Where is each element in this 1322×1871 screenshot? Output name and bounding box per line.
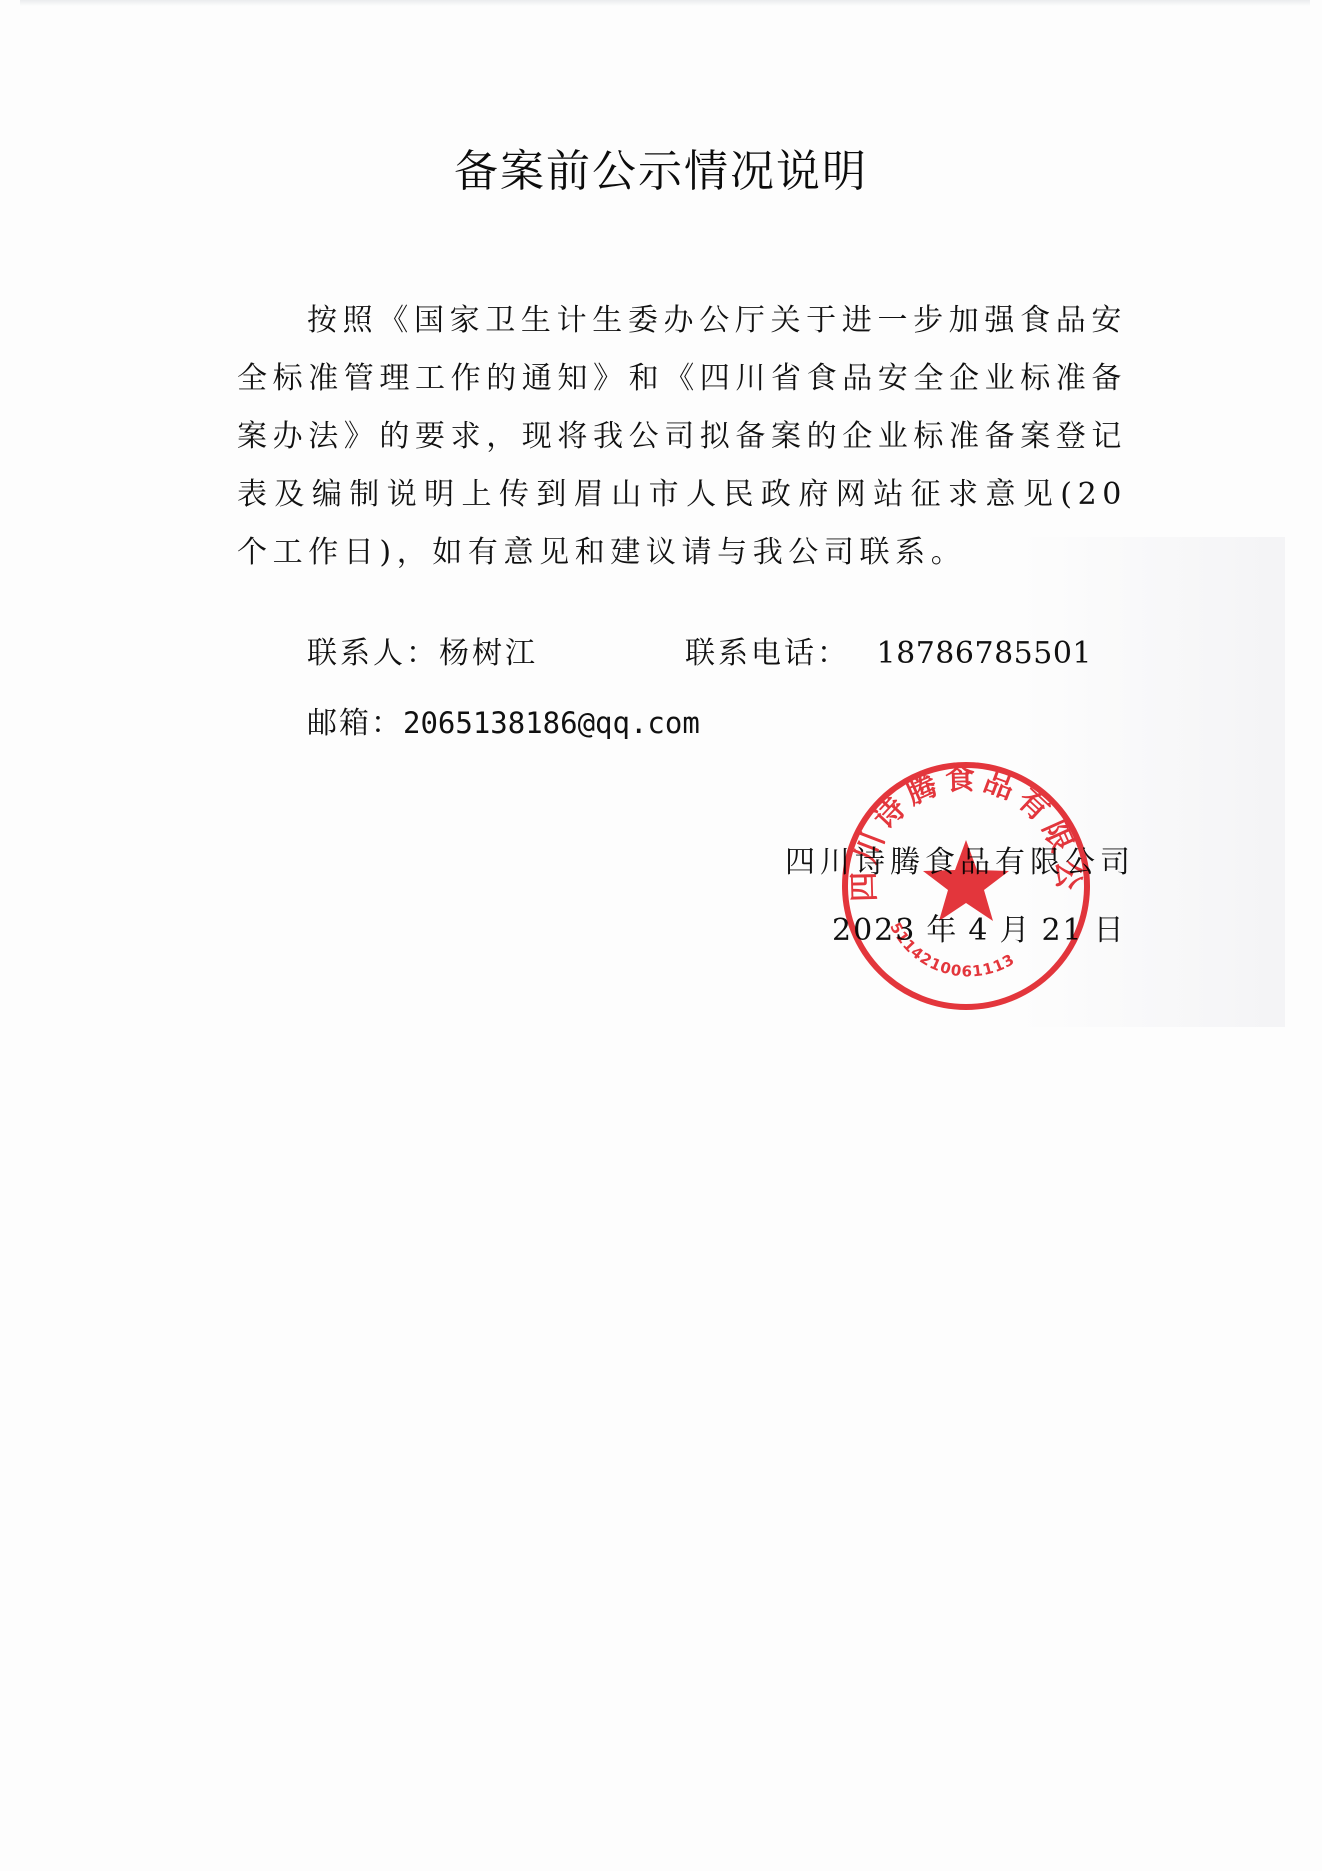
date-day-unit: 日: [1094, 913, 1126, 948]
body-paragraph: 按照《国家卫生计生委办公厅关于进一步加强食品安全标准管理工作的通知》和《四川省食…: [237, 292, 1127, 582]
contact-phone: 联系电话： 18786785501: [685, 628, 1092, 672]
body-text: 按照《国家卫生计生委办公厅关于进一步加强食品安全标准管理工作的通知》和《四川省食…: [237, 292, 1127, 582]
scan-edge-shadow: [20, 0, 1310, 6]
contact-email: 邮箱：2065138186@qq.com: [307, 698, 700, 742]
contact-person-label: 联系人：: [307, 636, 439, 671]
star-icon: [923, 840, 1009, 921]
document-title: 备案前公示情况说明: [0, 135, 1322, 199]
contact-person-name: 杨树江: [439, 636, 538, 671]
document-page: 备案前公示情况说明 按照《国家卫生计生委办公厅关于进一步加强食品安全标准管理工作…: [0, 0, 1322, 1871]
contact-email-label: 邮箱：: [307, 706, 403, 741]
contact-person: 联系人：杨树江: [307, 628, 538, 672]
contact-phone-value: 18786785501: [877, 636, 1092, 671]
contact-phone-label: 联系电话：: [685, 636, 850, 671]
contact-email-value: 2065138186@qq.com: [403, 706, 700, 740]
seal-code: 5114210061113: [886, 919, 1018, 980]
company-seal: 四川诗腾食品有限公司 5114210061113: [838, 758, 1094, 1014]
